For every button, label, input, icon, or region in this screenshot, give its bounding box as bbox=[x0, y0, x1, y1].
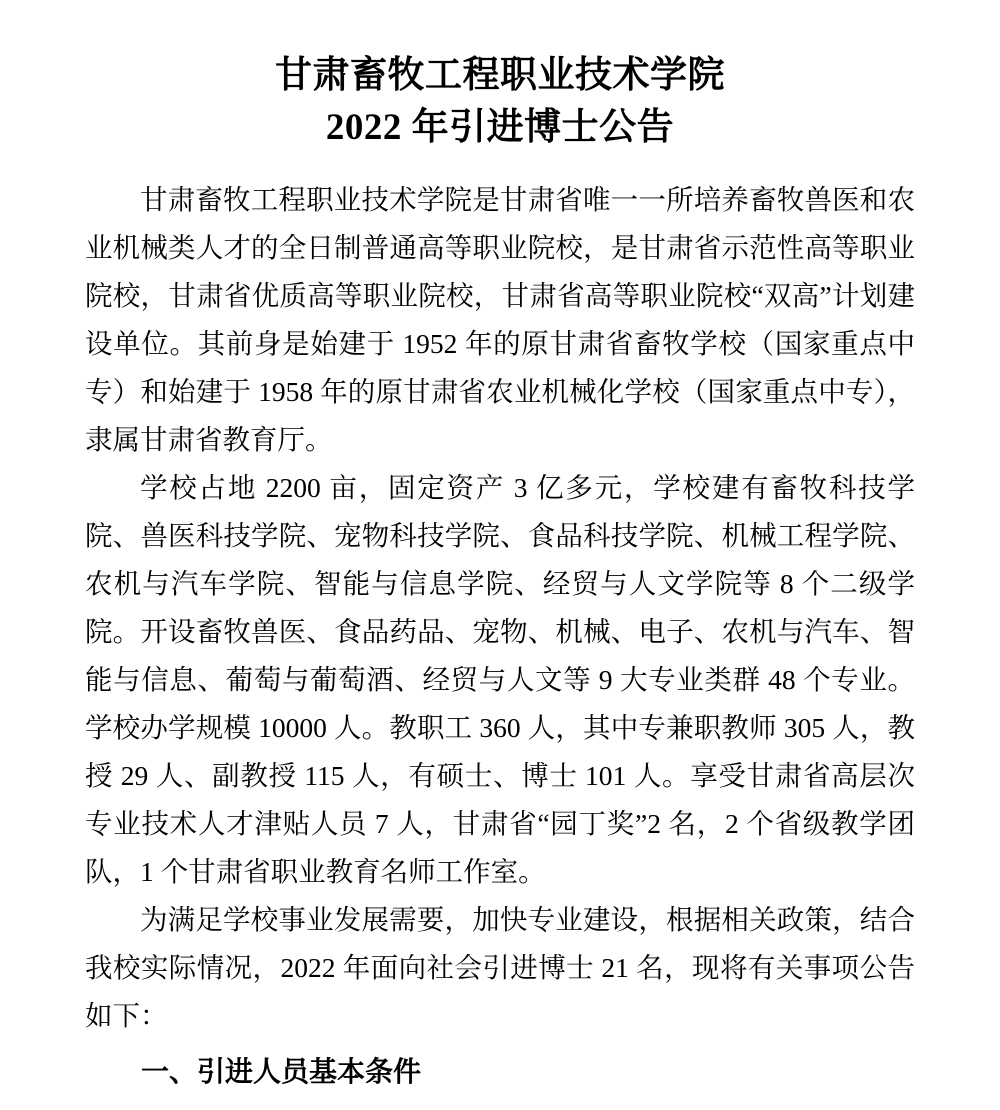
paragraph-recruitment-purpose: 为满足学校事业发展需要，加快专业建设，根据相关政策，结合我校实际情况，2022 … bbox=[85, 896, 915, 1040]
title-line-announcement: 2022 年引进博士公告 bbox=[326, 107, 674, 148]
document-page: 甘肃畜牧工程职业技术学院 2022 年引进博士公告 甘肃畜牧工程职业技术学院是甘… bbox=[0, 0, 1000, 1110]
paragraph-school-introduction: 甘肃畜牧工程职业技术学院是甘肃省唯一一所培养畜牧兽医和农业机械类人才的全日制普通… bbox=[85, 176, 915, 464]
paragraph-school-statistics: 学校占地 2200 亩，固定资产 3 亿多元，学校建有畜牧科技学院、兽医科技学院… bbox=[85, 464, 915, 896]
document-title: 甘肃畜牧工程职业技术学院 2022 年引进博士公告 bbox=[85, 50, 915, 154]
title-line-college-name: 甘肃畜牧工程职业技术学院 bbox=[275, 55, 725, 96]
section-heading-basic-conditions: 一、引进人员基本条件 bbox=[85, 1048, 915, 1096]
